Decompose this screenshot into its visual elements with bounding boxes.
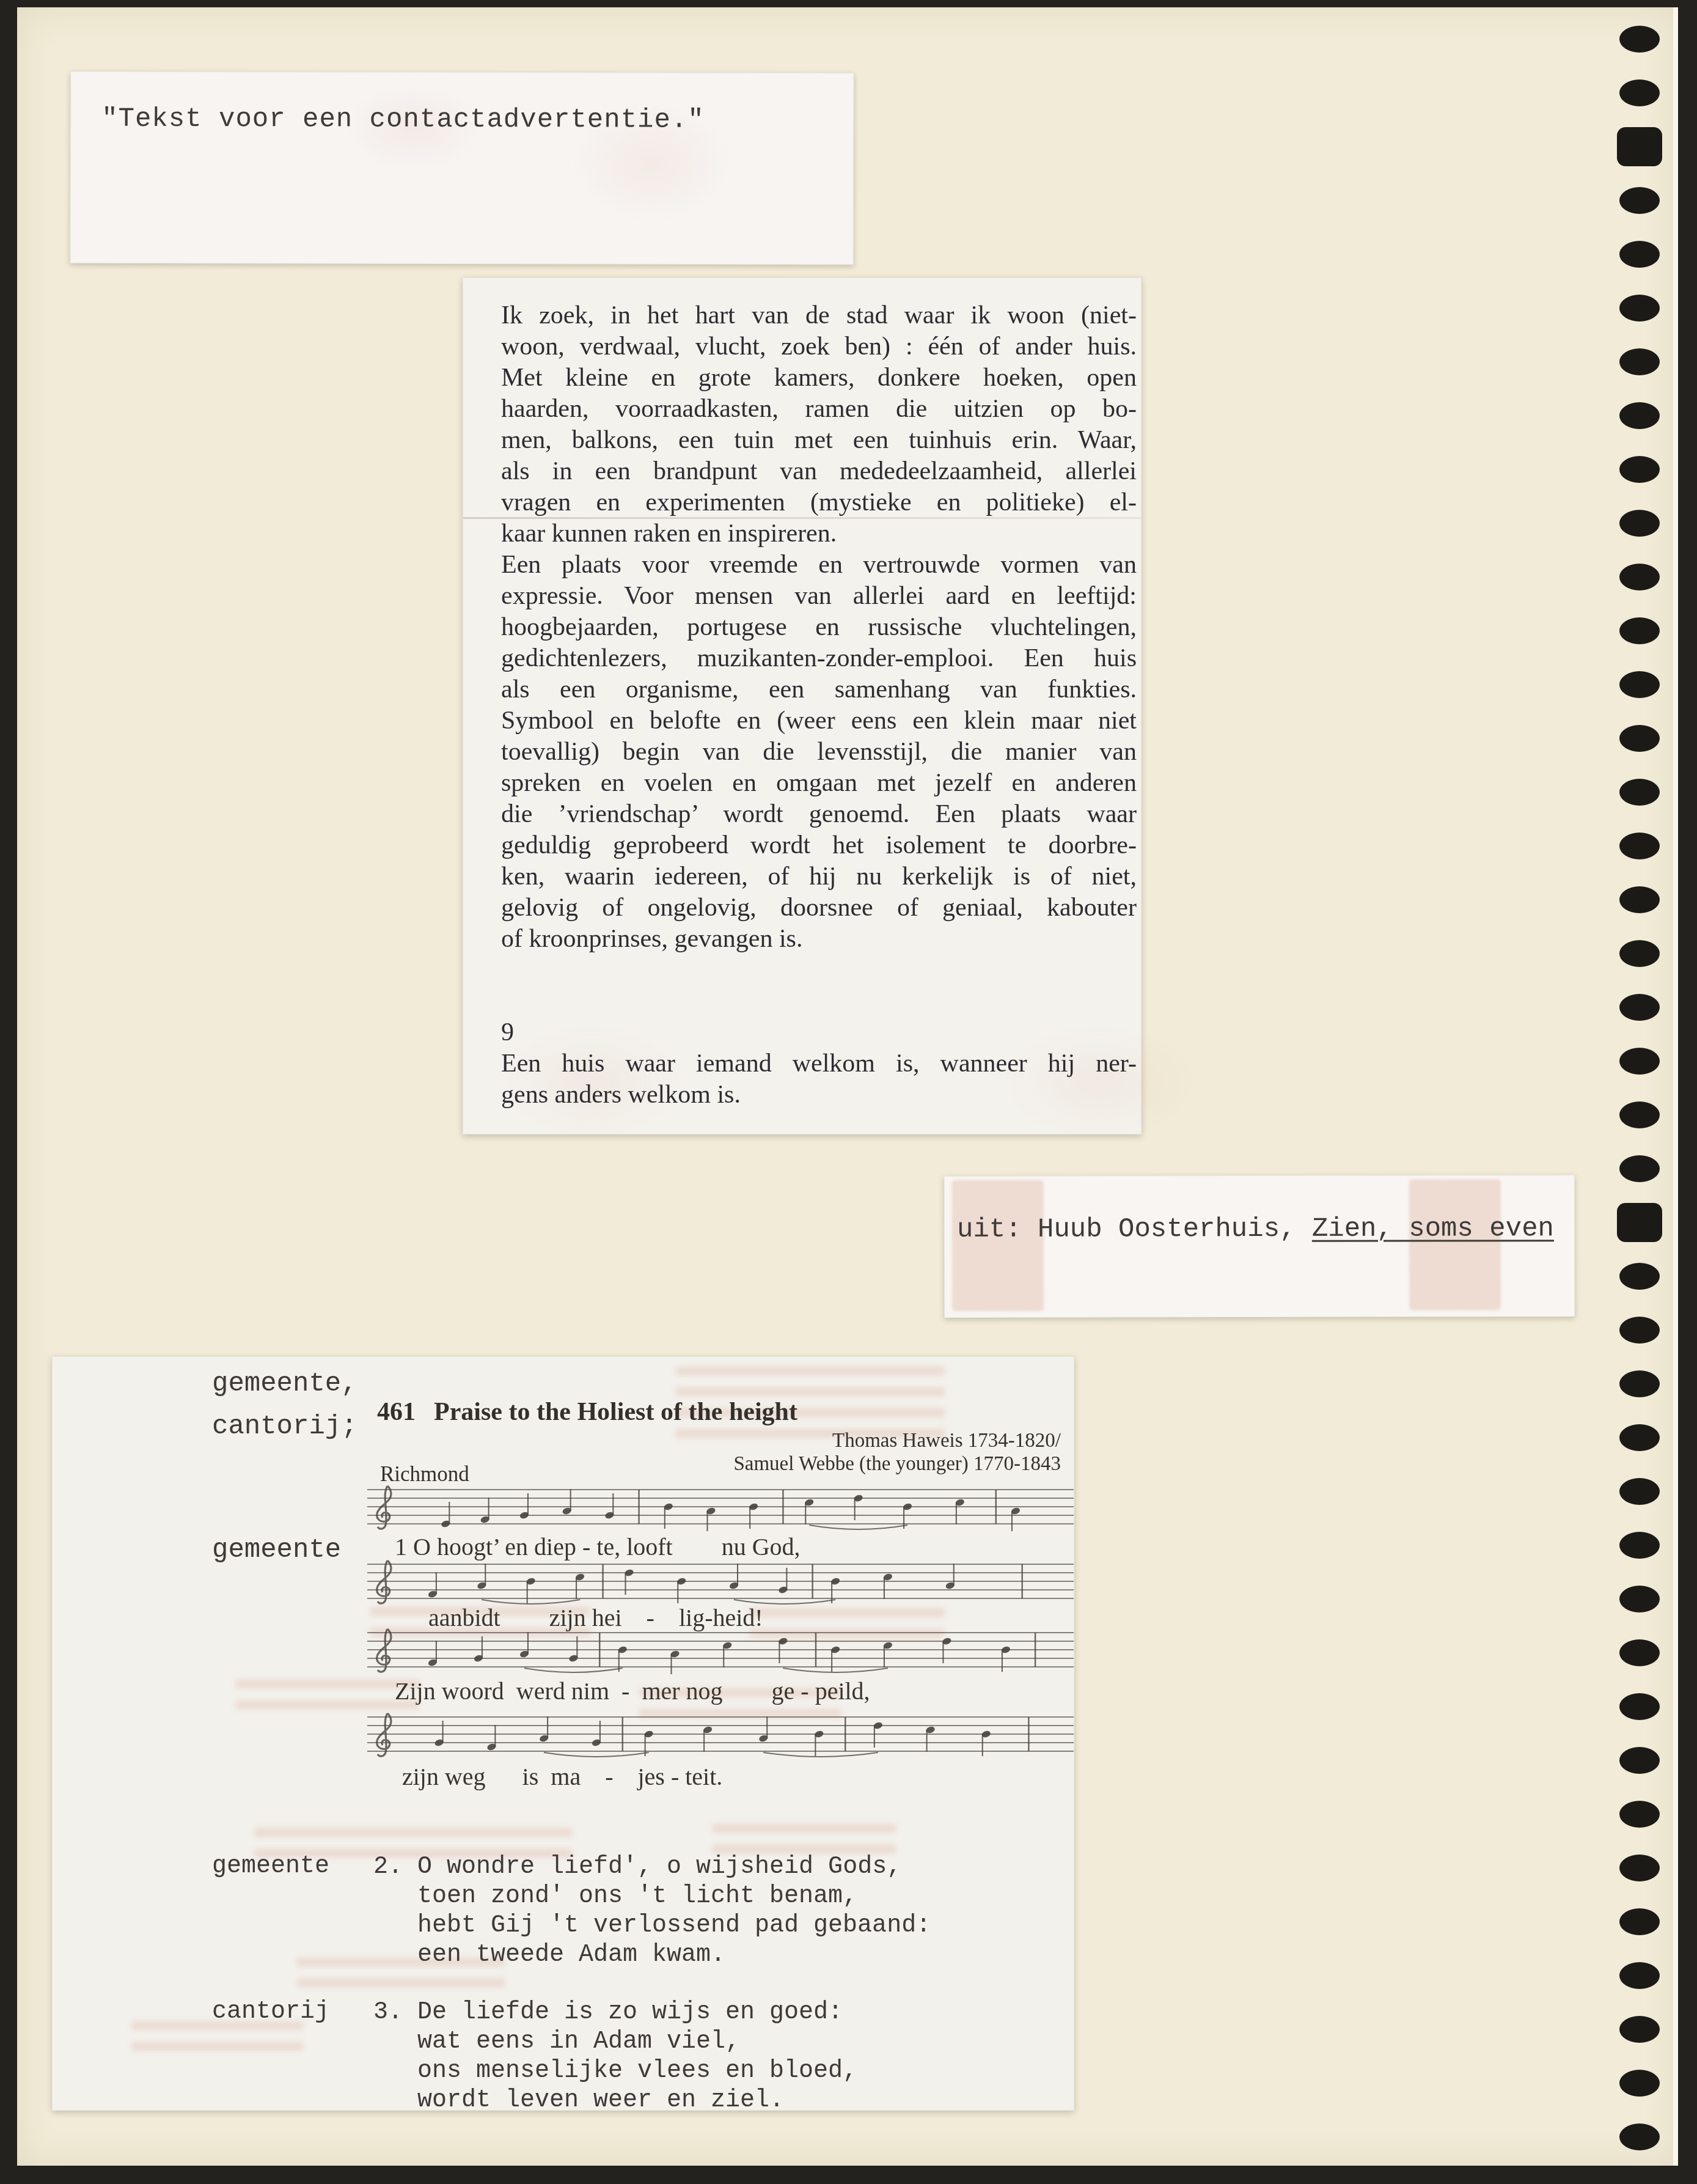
verse2-part-label: gemeente: [212, 1853, 329, 1880]
page-edge-highlight: [1673, 7, 1678, 2166]
quote-line: als een organisme, een samenhang van fun…: [501, 674, 1137, 705]
binder-hole: [1619, 456, 1660, 483]
binder-hole: [1619, 1855, 1660, 1881]
bleed-through-text: [236, 1675, 419, 1709]
tape-mark: [1409, 1179, 1501, 1310]
quote-clipping: Ik zoek, in het hart van de stad waar ik…: [463, 278, 1142, 1134]
quote-line: Met kleine en grote kamers, donkere hoek…: [501, 362, 1137, 394]
binder-hole: [1619, 1801, 1660, 1828]
binder-hole: [1617, 127, 1662, 166]
binder-hole: [1619, 994, 1660, 1021]
hymn-title: Praise to the Holiest of the height: [434, 1397, 797, 1427]
title-clipping: "Tekst voor een contactadvertentie.": [70, 72, 854, 265]
binder-hole: [1619, 2016, 1660, 2043]
attribution-clipping: uit: Huub Oosterhuis, Zien, soms even: [944, 1175, 1575, 1318]
verse-line: ons menselijke vlees en bloed,: [373, 2057, 857, 2086]
binder-hole: [1619, 940, 1660, 967]
lyric-line-1: 1 O hoogt’ en diep - te, looft nu God,: [395, 1532, 801, 1561]
binder-hole: [1619, 617, 1660, 644]
part-label-gemeente: gemeente,: [212, 1369, 357, 1399]
page-title: "Tekst voor een contactadvertentie.": [101, 104, 705, 136]
music-staff-1: [367, 1485, 1074, 1531]
binder-hole: [1619, 1263, 1660, 1290]
binder-hole: [1619, 1532, 1660, 1559]
binder-hole: [1619, 26, 1660, 53]
verse-line: 3. De liefde is zo wijs en goed:: [373, 1998, 857, 2028]
binder-hole: [1619, 241, 1660, 268]
binder-hole: [1619, 1424, 1660, 1451]
binder-hole: [1619, 725, 1660, 752]
binder-hole: [1619, 1048, 1660, 1075]
binder-hole: [1619, 564, 1660, 590]
lyric-line-4: zijn weg is ma - jes - teit.: [402, 1762, 722, 1791]
music-staff-4: [367, 1712, 1074, 1759]
bleed-through-text: [713, 1814, 896, 1853]
quote-line: Symbool en belofte en (weer eens een kle…: [501, 705, 1137, 737]
verse-3: 3. De liefde is zo wijs en goed:wat eens…: [373, 1998, 857, 2116]
music-staff-3: [367, 1628, 1074, 1674]
binder-hole: [1619, 1908, 1660, 1935]
quote-line: of kroonprinses, gevangen is.: [501, 924, 1137, 955]
quote-line: woon, verdwaal, vlucht, zoek ben) : één …: [501, 331, 1137, 362]
binder-hole: [1619, 187, 1660, 214]
quote-line: ken, waarin iedereen, of hij nu kerkelij…: [501, 861, 1137, 892]
binder-hole: [1619, 1370, 1660, 1397]
quote-line: spreken en voelen en omgaan met jezelf e…: [501, 768, 1137, 799]
section-number: 9: [501, 1017, 514, 1048]
quote-line: die ’vriendschap’ wordt genoemd. Een pla…: [501, 799, 1137, 830]
binder-hole: [1619, 1101, 1660, 1128]
music-staff-2: [367, 1559, 1074, 1606]
binder-hole: [1619, 79, 1660, 106]
staff-notation-svg: [367, 1485, 1074, 1531]
quote-line: geduldig geprobeerd wordt het isolement …: [501, 830, 1137, 861]
composer-line-1: Thomas Haweis 1734-1820/: [733, 1429, 1061, 1452]
binder-hole: [1619, 1747, 1660, 1774]
quote-line: haarden, voorraadkasten, ramen die uitzi…: [501, 394, 1137, 425]
binder-hole: [1619, 779, 1660, 806]
composer-credits: Thomas Haweis 1734-1820/ Samuel Webbe (t…: [733, 1429, 1061, 1476]
staff-notation-svg: [367, 1559, 1074, 1606]
quote-closing-text: Een huis waar iemand welkom is, wanneer …: [501, 1048, 1137, 1111]
quote-line: men, balkons, een tuin met een tuinhuis …: [501, 425, 1137, 456]
staff-notation-svg: [367, 1712, 1074, 1759]
quote-line: expressie. Voor mensen van allerlei aard…: [501, 581, 1137, 612]
binder-hole: [1617, 1203, 1662, 1242]
bleed-through-text: [254, 1818, 572, 1858]
quote-line: gens anders welkom is.: [501, 1079, 1137, 1111]
verse-line: wat eens in Adam viel,: [373, 2028, 857, 2057]
binder-hole: [1619, 1586, 1660, 1612]
quote-line: Een plaats voor vreemde en vertrouwde vo…: [501, 550, 1137, 581]
binder-hole: [1619, 1693, 1660, 1720]
verse-line: wordt leven weer en ziel.: [373, 2086, 857, 2116]
staff-notation-svg: [367, 1628, 1074, 1674]
verse-line: toen zond' ons 't licht benam,: [373, 1882, 931, 1911]
binder-hole: [1619, 1317, 1660, 1344]
hymn-title-line: 461 Praise to the Holiest of the height: [377, 1397, 797, 1427]
verse-line: een tweede Adam kwam.: [373, 1941, 931, 1970]
part-label-cantorij: cantorij;: [212, 1411, 357, 1442]
binder-hole: [1619, 1962, 1660, 1989]
tape-mark: [952, 1180, 1044, 1311]
binder-hole: [1619, 671, 1660, 698]
lyric-line-3: Zijn woord werd nim - mer nog ge - peild…: [395, 1677, 870, 1705]
binder-hole: [1619, 295, 1660, 322]
binder-hole: [1619, 402, 1660, 429]
hymn-number: 461: [377, 1397, 416, 1427]
scanned-album-page: "Tekst voor een contactadvertentie." Ik …: [0, 0, 1697, 2184]
verse3-part-label: cantorij: [212, 1998, 329, 2026]
tune-name: Richmond: [380, 1462, 469, 1487]
attribution-line: uit: Huub Oosterhuis, Zien, soms even: [957, 1213, 1554, 1245]
book-title: Zien, soms even: [1312, 1213, 1554, 1245]
binder-hole: [1619, 833, 1660, 859]
binder-hole: [1619, 348, 1660, 375]
quote-text: Ik zoek, in het hart van de stad waar ik…: [501, 300, 1137, 955]
verse-line: hebt Gij 't verlossend pad gebaand:: [373, 1911, 931, 1941]
attribution-prefix: uit: Huub Oosterhuis,: [957, 1214, 1312, 1245]
quote-line: gelovig of ongelovig, doorsnee of geniaa…: [501, 892, 1137, 924]
binder-hole: [1619, 1155, 1660, 1182]
quote-line: gedichtenlezers, muzikanten-zonder-emplo…: [501, 643, 1137, 674]
binder-hole: [1619, 2070, 1660, 2097]
quote-line: hoogbejaarden, portugese en russische vl…: [501, 612, 1137, 643]
stanza1-part-label: gemeente: [212, 1535, 341, 1565]
composer-line-2: Samuel Webbe (the younger) 1770-1843: [733, 1452, 1061, 1476]
binder-hole: [1619, 510, 1660, 537]
quote-line: toevallig) begin van die levensstijl, di…: [501, 737, 1137, 768]
binder-hole: [1619, 1639, 1660, 1666]
quote-line: Een huis waar iemand welkom is, wanneer …: [501, 1048, 1137, 1079]
binder-hole: [1619, 2123, 1660, 2150]
quote-line: kaar kunnen raken en inspireren.: [501, 518, 1137, 550]
verse-2: 2. O wondre liefd', o wijsheid Gods,toen…: [373, 1853, 931, 1970]
binder-hole: [1619, 886, 1660, 913]
verse-line: 2. O wondre liefd', o wijsheid Gods,: [373, 1853, 931, 1882]
quote-line: als in een brandpunt van mededeelzaamhei…: [501, 456, 1137, 487]
quote-line: Ik zoek, in het hart van de stad waar ik…: [501, 300, 1137, 331]
quote-line: vragen en experimenten (mystieke en poli…: [501, 487, 1137, 518]
binder-hole: [1619, 1478, 1660, 1505]
hymn-clipping: gemeente, cantorij; 461 Praise to the Ho…: [52, 1356, 1074, 2111]
